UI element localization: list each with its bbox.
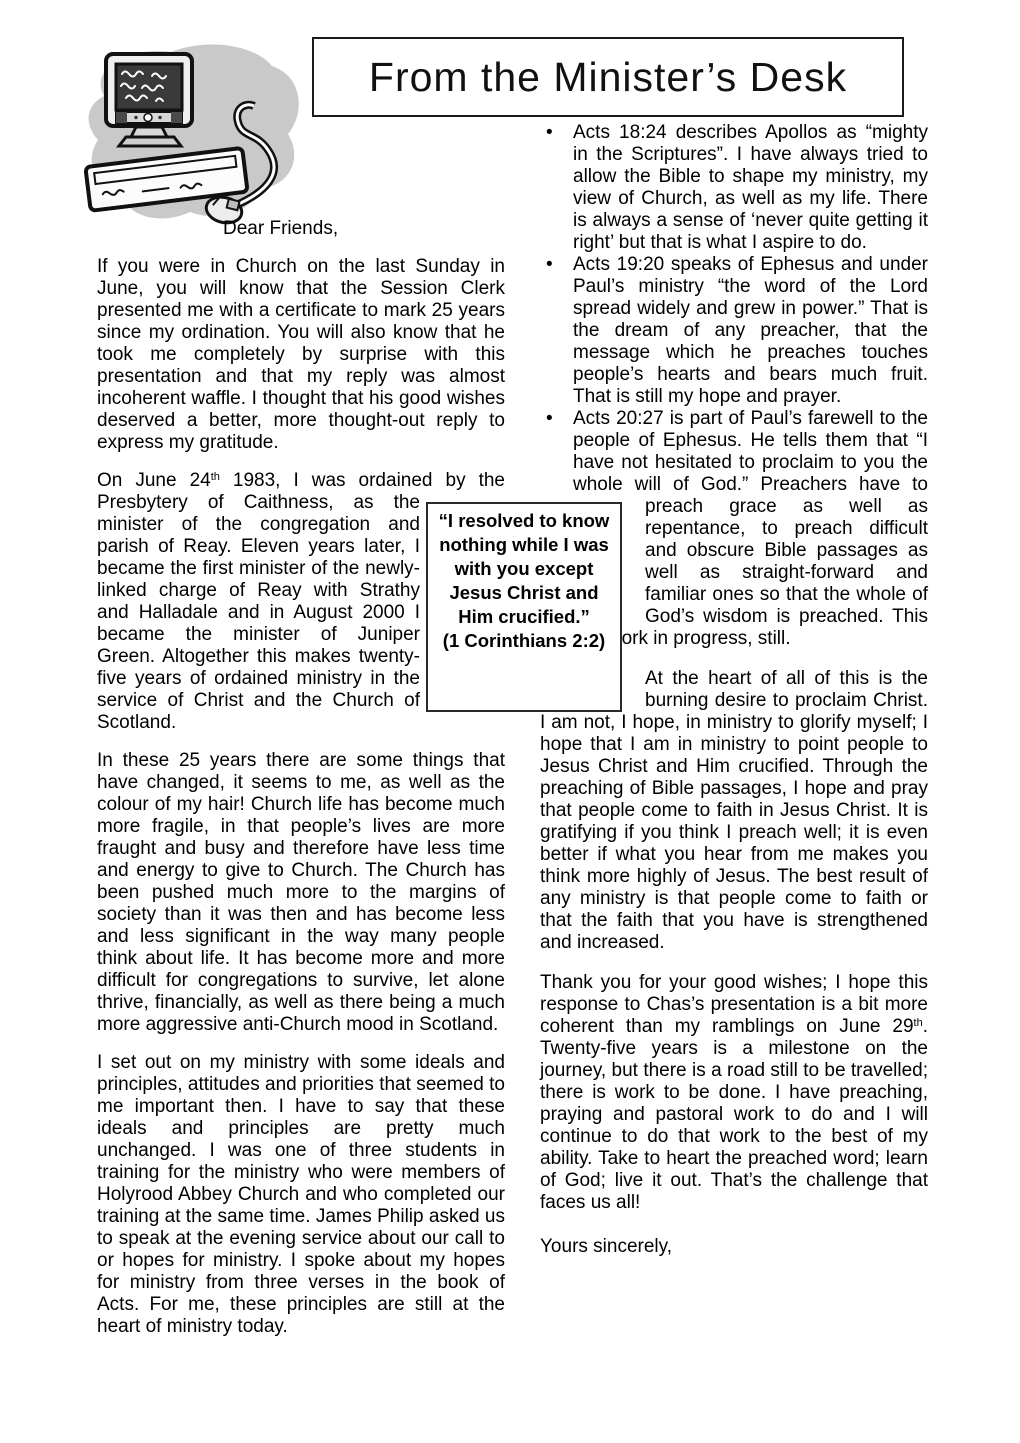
paragraph-ideals: I set out on my ministry with some ideal… — [97, 1052, 505, 1338]
pullquote-text: “I resolved to know nothing while I was … — [439, 510, 610, 627]
pullquote-box: “I resolved to know nothing while I was … — [426, 502, 622, 712]
bullet-acts-19-20: Acts 19:20 speaks of Ephesus and under P… — [540, 254, 928, 408]
ordinal-superscript-29th: th — [914, 1017, 923, 1029]
paragraph-changes: In these 25 years there are some things … — [97, 750, 505, 1036]
paragraph-intro: If you were in Church on the last Sunday… — [97, 256, 505, 454]
left-column: Dear Friends, If you were in Church on t… — [97, 122, 505, 1354]
thanks-text-start: Thank you for your good wishes; I hope t… — [540, 972, 928, 1037]
closing-line: Yours sincerely, — [540, 1236, 928, 1258]
page-title: From the Minister’s Desk — [369, 66, 847, 88]
title-banner: From the Minister’s Desk — [312, 37, 904, 117]
salutation: Dear Friends, — [97, 218, 505, 240]
ordination-text-start: On June 24 — [97, 470, 211, 491]
two-column-body: Dear Friends, If you were in Church on t… — [97, 122, 928, 1354]
paragraph-thanks: Thank you for your good wishes; I hope t… — [540, 972, 928, 1214]
pullquote-citation: (1 Corinthians 2:2) — [431, 629, 617, 653]
right-column: Acts 18:24 describes Apollos as “mighty … — [540, 122, 928, 1354]
newsletter-page: From the Minister’s Desk Dear Friends, I… — [0, 0, 1020, 1443]
thanks-text-rest: . Twenty-five years is a milestone on th… — [540, 1016, 928, 1213]
ordinal-superscript: th — [211, 471, 220, 483]
bullet-acts-18-24: Acts 18:24 describes Apollos as “mighty … — [540, 122, 928, 254]
